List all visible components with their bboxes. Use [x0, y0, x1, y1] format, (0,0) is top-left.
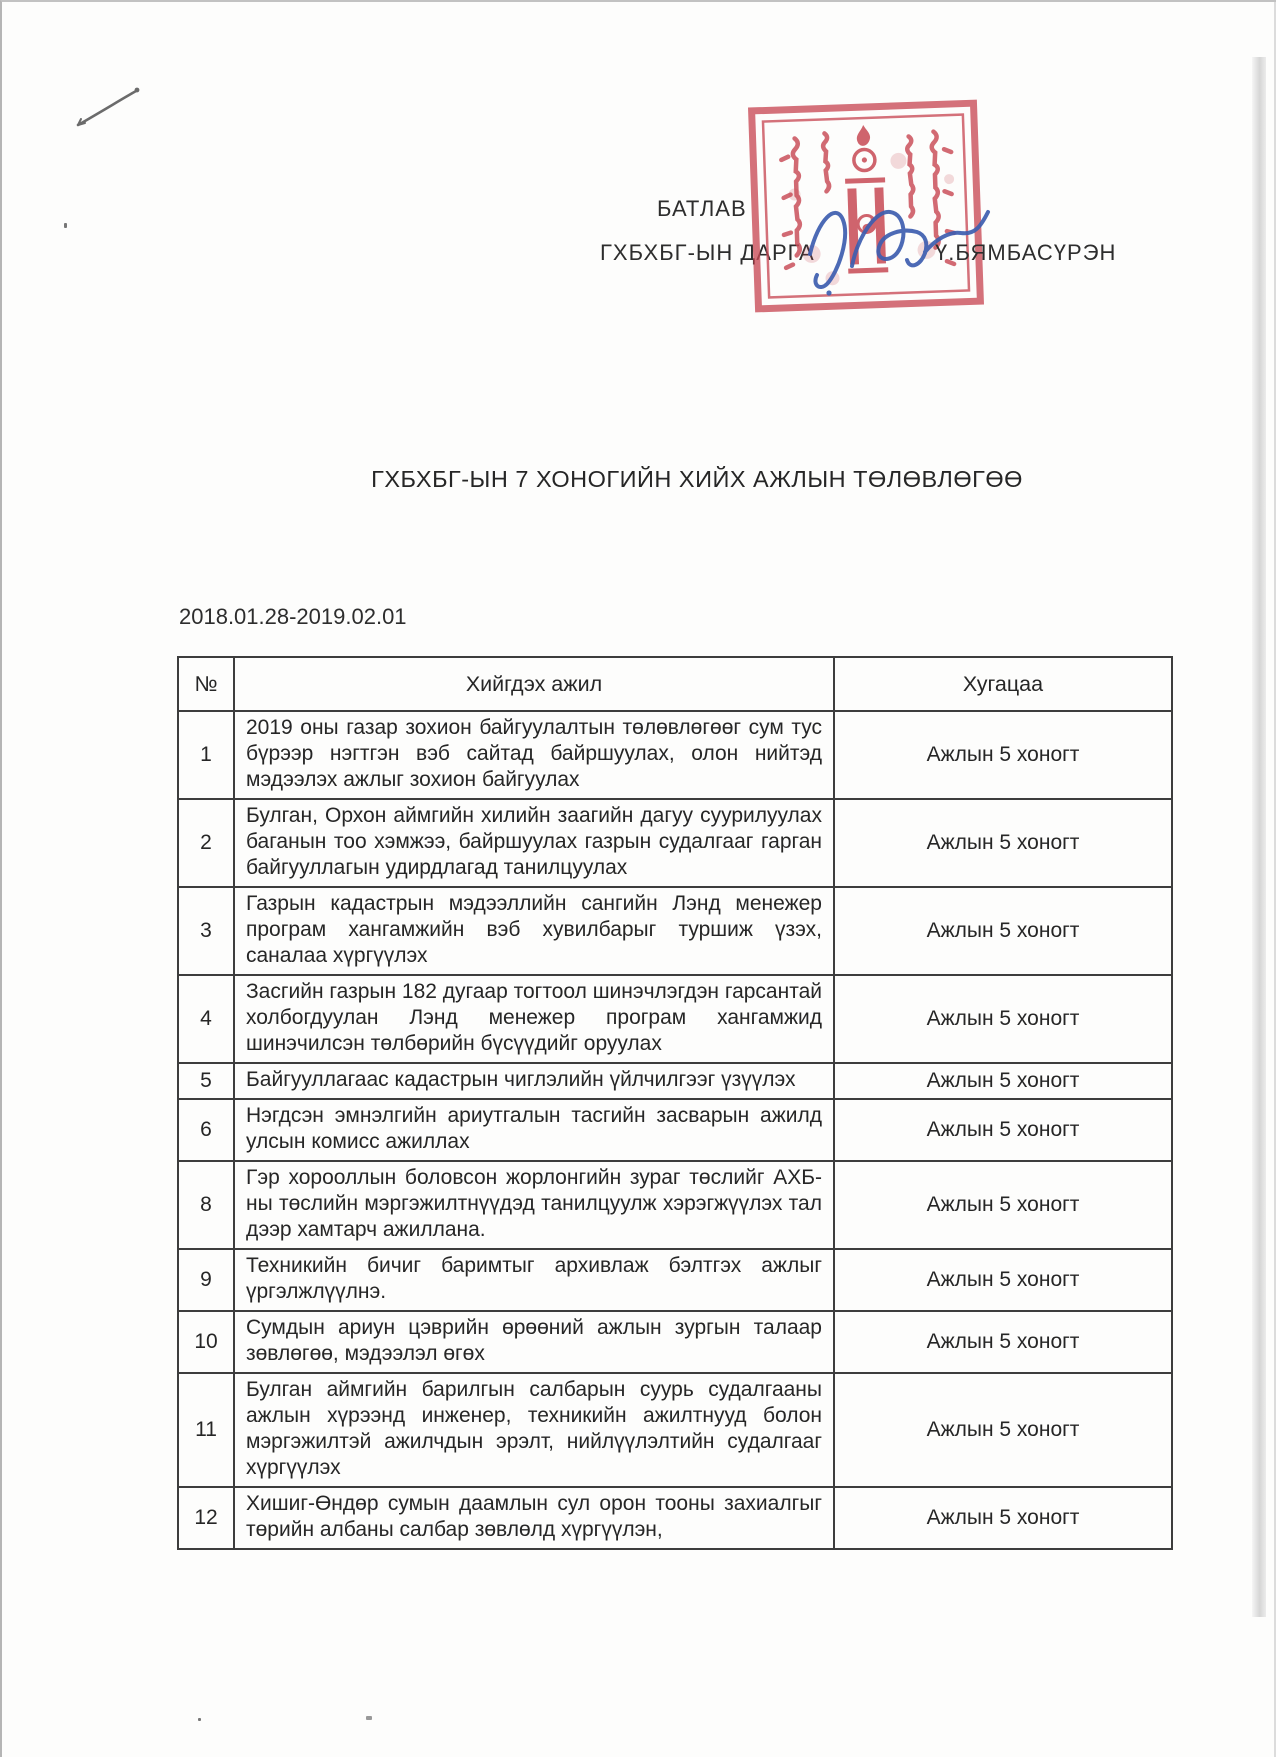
row-number: 12	[178, 1487, 234, 1549]
table-row: 10 Сумдын ариун цэврийн өрөөний ажлын зу…	[178, 1311, 1172, 1373]
date-range: 2018.01.28-2019.02.01	[179, 604, 407, 630]
table-row: 6 Нэгдсэн эмнэлгийн ариутгалын тасгийн з…	[178, 1099, 1172, 1161]
row-task: Газрын кадастрын мэдээллийн сангийн Лэнд…	[234, 887, 834, 975]
row-duration: Ажлын 5 хоногт	[834, 1373, 1172, 1487]
table-row: 1 2019 оны газар зохион байгуулалтын төл…	[178, 711, 1172, 799]
row-task: Сумдын ариун цэврийн өрөөний ажлын зургы…	[234, 1311, 834, 1373]
scanned-document-page: БАТЛАВ ГХБХБГ-ЫН ДАРГА Ү.БЯМБАСҮРЭН	[0, 0, 1276, 1757]
row-number: 4	[178, 975, 234, 1063]
row-number: 10	[178, 1311, 234, 1373]
row-task: Засгийн газрын 182 дугаар тогтоол шинэчл…	[234, 975, 834, 1063]
table-header-row: № Хийгдэх ажил Хугацаа	[178, 657, 1172, 711]
document-title: ГХБХБГ-ЫН 7 ХОНОГИЙН ХИЙХ АЖЛЫН ТӨЛӨВЛӨГ…	[177, 466, 1217, 493]
row-duration: Ажлын 5 хоногт	[834, 1311, 1172, 1373]
pencil-mark	[64, 80, 154, 140]
row-duration: Ажлын 5 хоногт	[834, 1249, 1172, 1311]
scan-speck	[366, 1716, 372, 1720]
row-number: 11	[178, 1373, 234, 1487]
approver-name: Ү.БЯМБАСҮРЭН	[935, 240, 1116, 266]
work-plan-table: № Хийгдэх ажил Хугацаа 1 2019 оны газар …	[177, 656, 1173, 1550]
row-number: 1	[178, 711, 234, 799]
row-task: Булган, Орхон аймгийн хилийн заагийн даг…	[234, 799, 834, 887]
row-duration: Ажлын 5 хоногт	[834, 799, 1172, 887]
row-task: Гэр хорооллын боловсон жорлонгийн зураг …	[234, 1161, 834, 1249]
row-duration: Ажлын 5 хоногт	[834, 1063, 1172, 1099]
row-task: 2019 оны газар зохион байгуулалтын төлөв…	[234, 711, 834, 799]
row-task: Нэгдсэн эмнэлгийн ариутгалын тасгийн зас…	[234, 1099, 834, 1161]
row-duration: Ажлын 5 хоногт	[834, 975, 1172, 1063]
row-duration: Ажлын 5 хоногт	[834, 711, 1172, 799]
table-row: 11 Булган аймгийн барилгын салбарын суур…	[178, 1373, 1172, 1487]
row-task: Байгууллагаас кадастрын чиглэлийн үйлчил…	[234, 1063, 834, 1099]
row-number: 6	[178, 1099, 234, 1161]
scan-speck	[64, 223, 67, 228]
table-row: 5 Байгууллагаас кадастрын чиглэлийн үйлч…	[178, 1063, 1172, 1099]
row-number: 5	[178, 1063, 234, 1099]
column-header-task: Хийгдэх ажил	[234, 657, 834, 711]
row-number: 9	[178, 1249, 234, 1311]
scan-speck	[198, 1718, 201, 1721]
row-duration: Ажлын 5 хоногт	[834, 1161, 1172, 1249]
row-duration: Ажлын 5 хоногт	[834, 887, 1172, 975]
row-number: 3	[178, 887, 234, 975]
scan-edge-band	[1252, 57, 1266, 1617]
approval-label: БАТЛАВ	[657, 196, 747, 222]
column-header-duration: Хугацаа	[834, 657, 1172, 711]
row-number: 8	[178, 1161, 234, 1249]
column-header-number: №	[178, 657, 234, 711]
table-row: 4 Засгийн газрын 182 дугаар тогтоол шинэ…	[178, 975, 1172, 1063]
work-table-body: 1 2019 оны газар зохион байгуулалтын төл…	[178, 711, 1172, 1549]
table-row: 9 Техникийн бичиг баримтыг архивлаж бэлт…	[178, 1249, 1172, 1311]
row-task: Булган аймгийн барилгын салбарын суурь с…	[234, 1373, 834, 1487]
table-row: 12 Хишиг-Өндөр сумын даамлын сул орон то…	[178, 1487, 1172, 1549]
row-task: Техникийн бичиг баримтыг архивлаж бэлтгэ…	[234, 1249, 834, 1311]
row-duration: Ажлын 5 хоногт	[834, 1487, 1172, 1549]
table-row: 3 Газрын кадастрын мэдээллийн сангийн Лэ…	[178, 887, 1172, 975]
row-duration: Ажлын 5 хоногт	[834, 1099, 1172, 1161]
table-row: 2 Булган, Орхон аймгийн хилийн заагийн д…	[178, 799, 1172, 887]
table-row: 8 Гэр хорооллын боловсон жорлонгийн зура…	[178, 1161, 1172, 1249]
row-task: Хишиг-Өндөр сумын даамлын сул орон тооны…	[234, 1487, 834, 1549]
row-number: 2	[178, 799, 234, 887]
